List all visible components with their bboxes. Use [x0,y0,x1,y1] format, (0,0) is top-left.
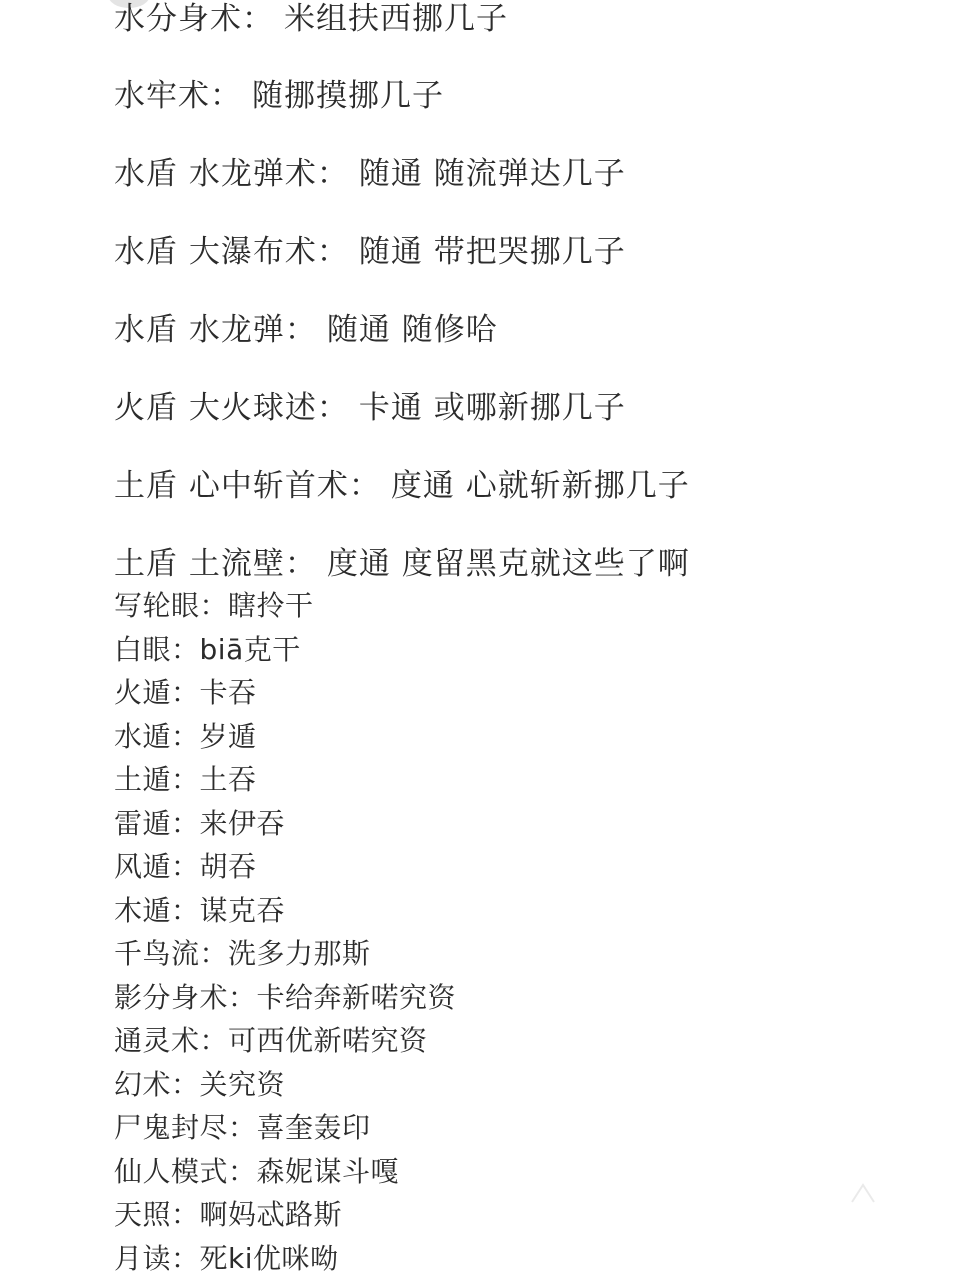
jutsu-line: 白眼：biā克干 [114,633,301,667]
jutsu-reading: 喜奎轰印 [257,1111,371,1144]
jutsu-term: 幻术： [114,1068,200,1101]
jutsu-line: 水盾 大瀑布术：随通 带把哭挪几子 [114,233,626,271]
jutsu-line: 通灵术：可西优新喏究资 [114,1024,428,1058]
jutsu-term: 水牢术： [114,78,242,114]
watermark-icon [848,1182,878,1206]
jutsu-line: 土盾 心中斩首术：度通 心就斩新挪几子 [114,467,690,505]
jutsu-term: 仙人模式： [114,1155,257,1188]
jutsu-reading: 关究资 [200,1068,286,1101]
jutsu-term: 影分身术： [114,981,257,1014]
jutsu-reading: 洗多力那斯 [228,937,371,970]
jutsu-reading: biā克干 [200,633,301,666]
jutsu-reading: 卡给奔新喏究资 [257,981,457,1014]
jutsu-line: 水遁：岁遁 [114,720,257,754]
jutsu-line: 风遁：胡吞 [114,850,257,884]
jutsu-reading: 米组扶西挪几子 [284,1,508,37]
jutsu-line: 土盾 土流壁：度通 度留黑克就这些了啊 [114,545,690,583]
jutsu-line: 水盾 水龙弹：随通 随修哈 [114,311,498,349]
jutsu-reading: 死ki优咪呦 [200,1242,339,1275]
jutsu-reading: 岁遁 [200,720,257,753]
jutsu-term: 水盾 大瀑布术： [114,234,349,270]
jutsu-term: 天照： [114,1198,200,1231]
jutsu-term: 白眼： [114,633,200,666]
jutsu-reading: 度通 度留黑克就这些了啊 [327,546,690,582]
jutsu-term: 水盾 水龙弹： [114,312,317,348]
jutsu-term: 千鸟流： [114,937,228,970]
jutsu-line: 水牢术：随挪摸挪几子 [114,77,444,115]
jutsu-reading: 瞎拎干 [228,589,314,622]
jutsu-term: 尸鬼封尽： [114,1111,257,1144]
jutsu-reading: 可西优新喏究资 [228,1024,428,1057]
jutsu-line: 幻术：关究资 [114,1068,285,1102]
jutsu-term: 写轮眼： [114,589,228,622]
jutsu-reading: 度通 心就斩新挪几子 [391,468,690,504]
jutsu-line: 水盾 水龙弹术：随通 随流弹达几子 [114,155,626,193]
jutsu-line: 千鸟流：洗多力那斯 [114,937,371,971]
jutsu-reading: 随通 随修哈 [327,312,498,348]
jutsu-term: 土盾 心中斩首术： [114,468,381,504]
jutsu-term: 火遁： [114,676,200,709]
jutsu-line: 水分身术：米组扶西挪几子 [114,0,508,38]
jutsu-reading: 胡吞 [200,850,257,883]
jutsu-line: 尸鬼封尽：喜奎轰印 [114,1111,371,1145]
jutsu-reading: 随通 带把哭挪几子 [359,234,626,270]
jutsu-line: 土遁：土吞 [114,763,257,797]
jutsu-line: 火盾 大火球述：卡通 或哪新挪几子 [114,389,626,427]
jutsu-reading: 土吞 [200,763,257,796]
jutsu-reading: 卡通 或哪新挪几子 [359,390,626,426]
jutsu-line: 月读：死ki优咪呦 [114,1242,339,1276]
jutsu-term: 木遁： [114,894,200,927]
jutsu-term: 土遁： [114,763,200,796]
jutsu-term: 水分身术： [114,1,274,37]
jutsu-line: 仙人模式：森妮谋斗嘎 [114,1155,399,1189]
jutsu-reading: 森妮谋斗嘎 [257,1155,400,1188]
jutsu-reading: 卡吞 [200,676,257,709]
jutsu-term: 火盾 大火球述： [114,390,349,426]
jutsu-line: 雷遁：来伊吞 [114,807,285,841]
jutsu-reading: 谋克吞 [200,894,286,927]
jutsu-term: 雷遁： [114,807,200,840]
jutsu-line: 火遁：卡吞 [114,676,257,710]
jutsu-line: 木遁：谋克吞 [114,894,285,928]
jutsu-reading: 随挪摸挪几子 [252,78,444,114]
jutsu-line: 影分身术：卡给奔新喏究资 [114,981,456,1015]
jutsu-line: 写轮眼：瞎拎干 [114,589,314,623]
jutsu-term: 水遁： [114,720,200,753]
jutsu-line: 天照：啊妈忒路斯 [114,1198,342,1232]
jutsu-reading: 随通 随流弹达几子 [359,156,626,192]
jutsu-term: 风遁： [114,850,200,883]
jutsu-reading: 啊妈忒路斯 [200,1198,343,1231]
jutsu-term: 通灵术： [114,1024,228,1057]
jutsu-reading: 来伊吞 [200,807,286,840]
jutsu-term: 水盾 水龙弹术： [114,156,349,192]
jutsu-term: 月读： [114,1242,200,1275]
jutsu-term: 土盾 土流壁： [114,546,317,582]
